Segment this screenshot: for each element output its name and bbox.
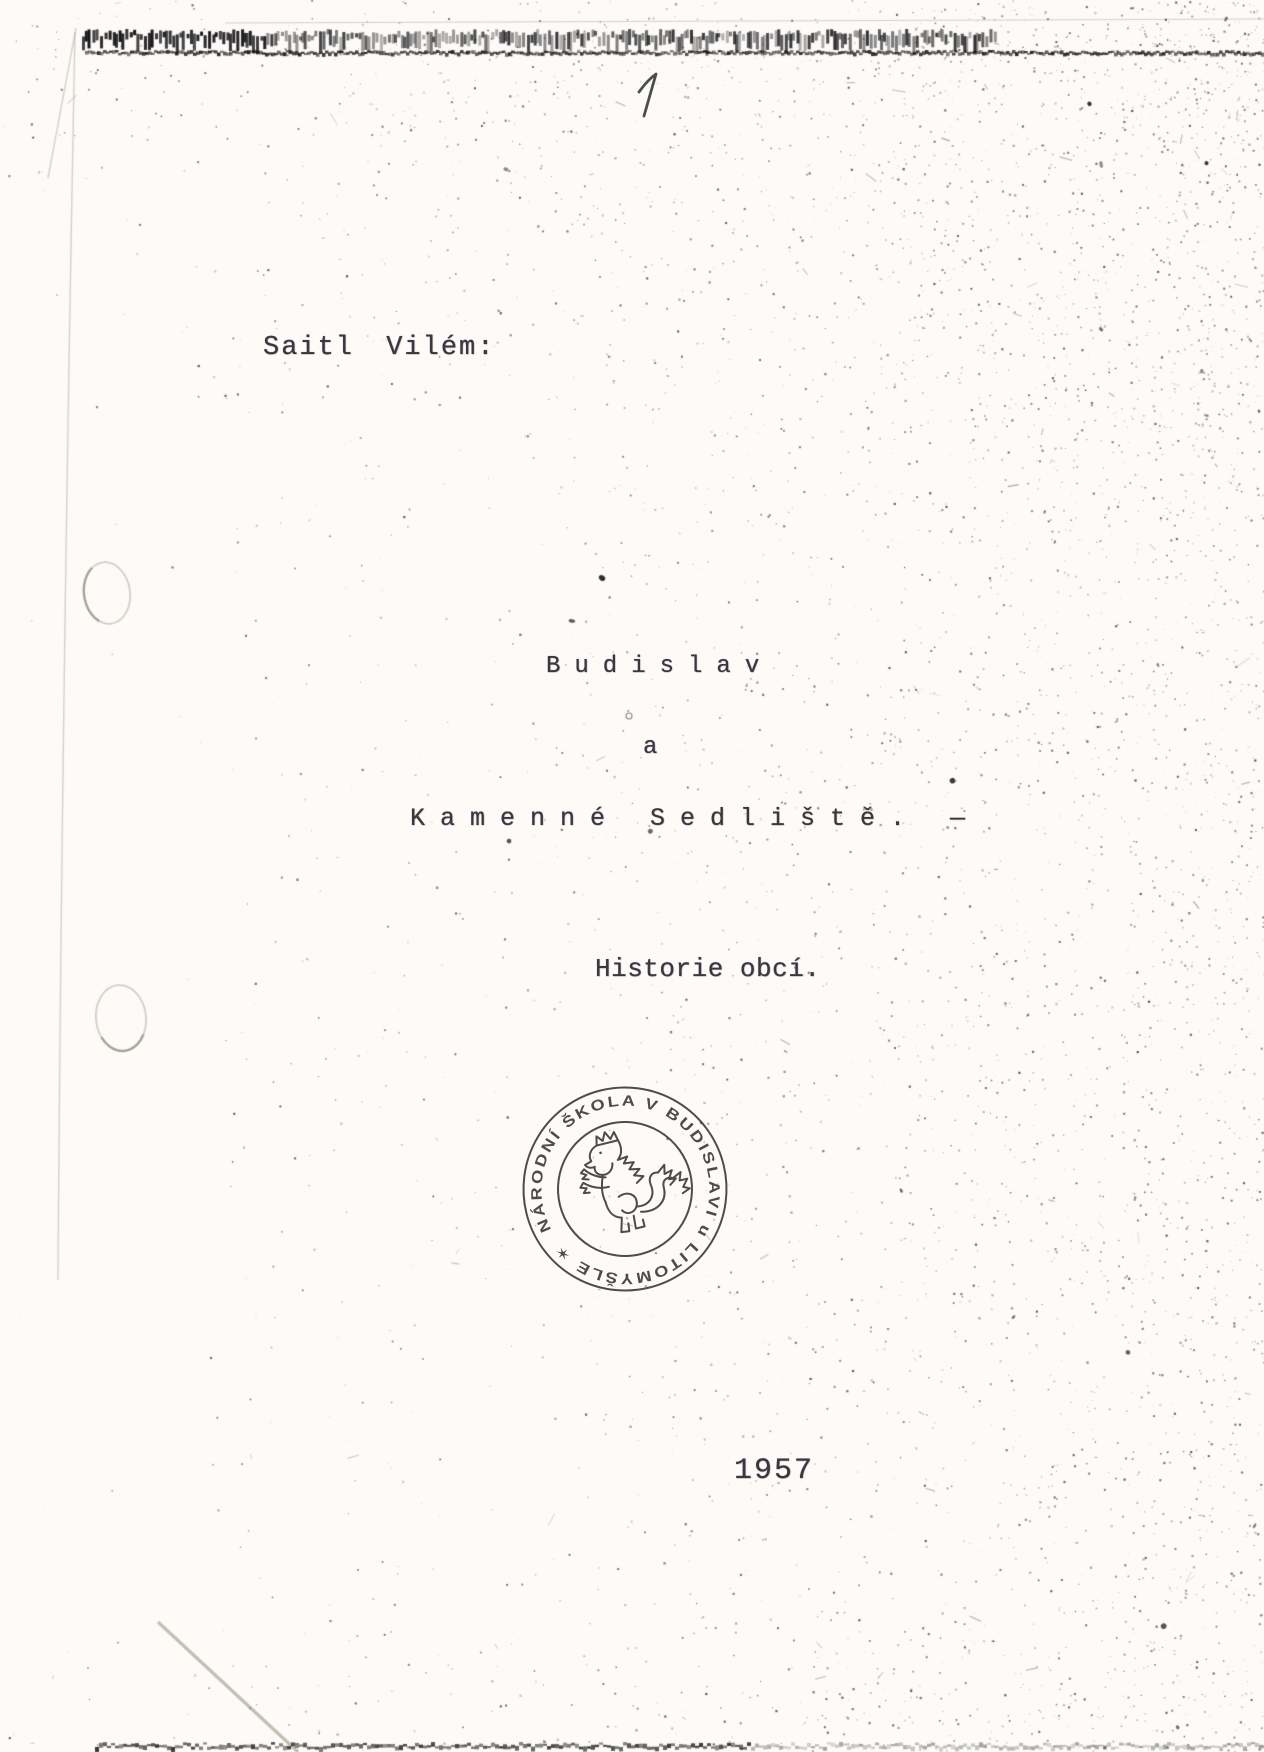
scanned-title-page: 1 Saitl Vilém: Budislav a Kamenné Sedliš… <box>0 0 1264 1752</box>
author-line: Saitl Vilém: <box>263 335 495 362</box>
school-stamp: NÁRODNÍ ŠKOLA V BUDISLAVI u LITOMYŠLE ✶ <box>510 1074 740 1304</box>
handwritten-page-number <box>630 70 674 126</box>
subtitle: Historie obcí. <box>595 956 820 982</box>
year: 1957 <box>734 1456 814 1486</box>
scan-noise-texture <box>0 0 1264 1752</box>
title-main: Budislav <box>546 655 773 679</box>
stamp-ring-text: NÁRODNÍ ŠKOLA V BUDISLAVI u LITOMYŠLE ✶ <box>510 1074 740 1304</box>
title-conjunction: a <box>643 736 657 760</box>
title-second: Kamenné Sedliště. — <box>410 806 980 831</box>
